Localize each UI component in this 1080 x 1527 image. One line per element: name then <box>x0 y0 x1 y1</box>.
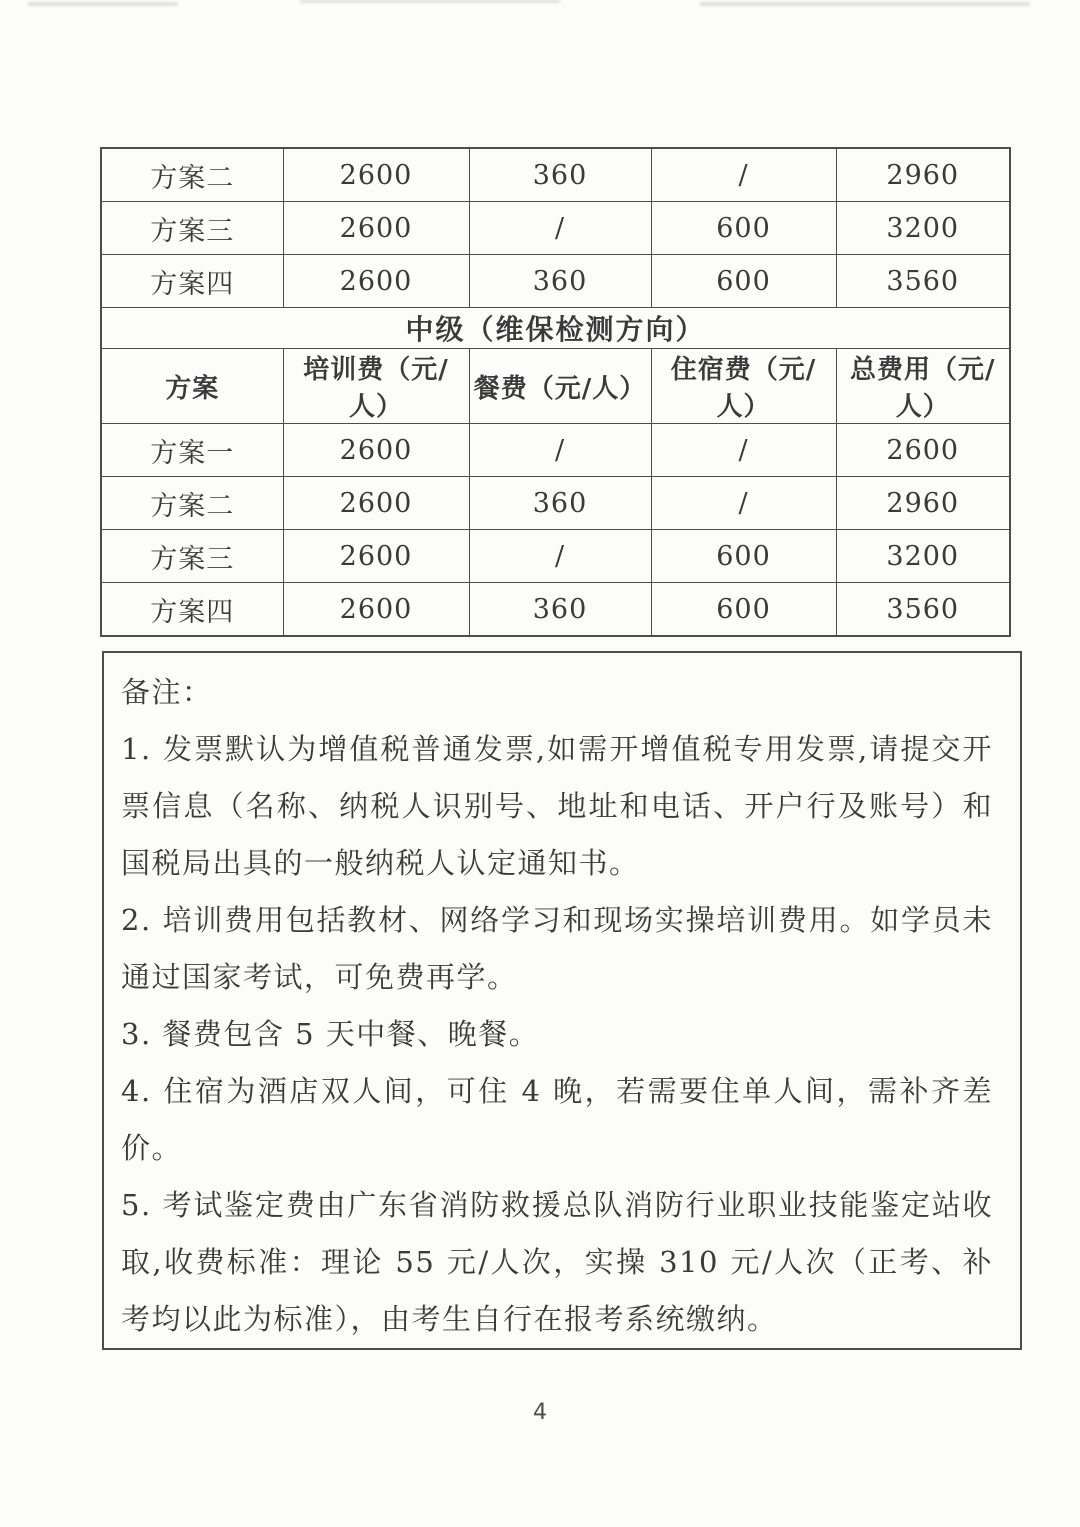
notes-box: 备注： 1. 发票默认为增值税普通发票,如需开增值税专用发票,请提交开票信息（名… <box>102 651 1022 1350</box>
meal-fee-header: 餐费（元/人） <box>469 349 651 424</box>
lodging-fee-cell: / <box>651 424 836 477</box>
table-row: 方案四 2600 360 600 3560 <box>101 583 1010 637</box>
table-row: 方案二 2600 360 / 2960 <box>101 148 1010 202</box>
training-fee-cell: 2600 <box>283 148 469 202</box>
training-fee-header: 培训费（元/人） <box>283 349 469 424</box>
section-title: 中级（维保检测方向） <box>101 308 1010 349</box>
meal-fee-cell: / <box>469 424 651 477</box>
plan-cell: 方案二 <box>101 477 283 530</box>
lodging-fee-cell: 600 <box>651 583 836 637</box>
training-fee-cell: 2600 <box>283 477 469 530</box>
lodging-fee-cell: 600 <box>651 202 836 255</box>
meal-fee-cell: 360 <box>469 583 651 637</box>
total-fee-cell: 3200 <box>836 202 1010 255</box>
meal-fee-cell: / <box>469 202 651 255</box>
plan-cell: 方案四 <box>101 583 283 637</box>
plan-header: 方案 <box>101 349 283 424</box>
meal-fee-cell: 360 <box>469 255 651 308</box>
table-row: 方案三 2600 / 600 3200 <box>101 530 1010 583</box>
meal-fee-cell: 360 <box>469 148 651 202</box>
plan-cell: 方案一 <box>101 424 283 477</box>
total-fee-cell: 3560 <box>836 255 1010 308</box>
training-fee-cell: 2600 <box>283 202 469 255</box>
lodging-fee-cell: 600 <box>651 255 836 308</box>
meal-fee-cell: 360 <box>469 477 651 530</box>
plan-cell: 方案四 <box>101 255 283 308</box>
scan-artifact <box>700 2 1030 6</box>
total-fee-cell: 2960 <box>836 148 1010 202</box>
plan-cell: 方案二 <box>101 148 283 202</box>
total-fee-cell: 3560 <box>836 583 1010 637</box>
table-header-row: 方案 培训费（元/人） 餐费（元/人） 住宿费（元/人） 总费用（元/人） <box>101 349 1010 424</box>
note-item-2: 2. 培训费用包括教材、网络学习和现场实操培训费用。如学员未通过国家考试，可免费… <box>121 892 993 1006</box>
plan-cell: 方案三 <box>101 202 283 255</box>
note-item-5: 5. 考试鉴定费由广东省消防救援总队消防行业职业技能鉴定站收取,收费标准：理论 … <box>121 1177 993 1348</box>
fee-table: 方案二 2600 360 / 2960 方案三 2600 / 600 3200 … <box>100 147 1011 637</box>
total-fee-header: 总费用（元/人） <box>836 349 1010 424</box>
plan-cell: 方案三 <box>101 530 283 583</box>
notes-title: 备注： <box>121 664 993 721</box>
table-row: 方案三 2600 / 600 3200 <box>101 202 1010 255</box>
scan-artifact <box>28 2 178 6</box>
training-fee-cell: 2600 <box>283 583 469 637</box>
lodging-fee-cell: / <box>651 477 836 530</box>
lodging-fee-cell: / <box>651 148 836 202</box>
table-row: 方案二 2600 360 / 2960 <box>101 477 1010 530</box>
note-item-3: 3. 餐费包含 5 天中餐、晚餐。 <box>121 1006 993 1063</box>
note-item-1: 1. 发票默认为增值税普通发票,如需开增值税专用发票,请提交开票信息（名称、纳税… <box>121 721 993 892</box>
total-fee-cell: 3200 <box>836 530 1010 583</box>
section-title-row: 中级（维保检测方向） <box>101 308 1010 349</box>
meal-fee-cell: / <box>469 530 651 583</box>
lodging-fee-header: 住宿费（元/人） <box>651 349 836 424</box>
document-page: 方案二 2600 360 / 2960 方案三 2600 / 600 3200 … <box>0 0 1080 1527</box>
training-fee-cell: 2600 <box>283 424 469 477</box>
total-fee-cell: 2600 <box>836 424 1010 477</box>
scan-artifact <box>300 0 560 3</box>
total-fee-cell: 2960 <box>836 477 1010 530</box>
table-row: 方案一 2600 / / 2600 <box>101 424 1010 477</box>
lodging-fee-cell: 600 <box>651 530 836 583</box>
table-row: 方案四 2600 360 600 3560 <box>101 255 1010 308</box>
training-fee-cell: 2600 <box>283 530 469 583</box>
training-fee-cell: 2600 <box>283 255 469 308</box>
page-number: 4 <box>0 1400 1080 1425</box>
note-item-4: 4. 住宿为酒店双人间，可住 4 晚，若需要住单人间，需补齐差价。 <box>121 1063 993 1177</box>
